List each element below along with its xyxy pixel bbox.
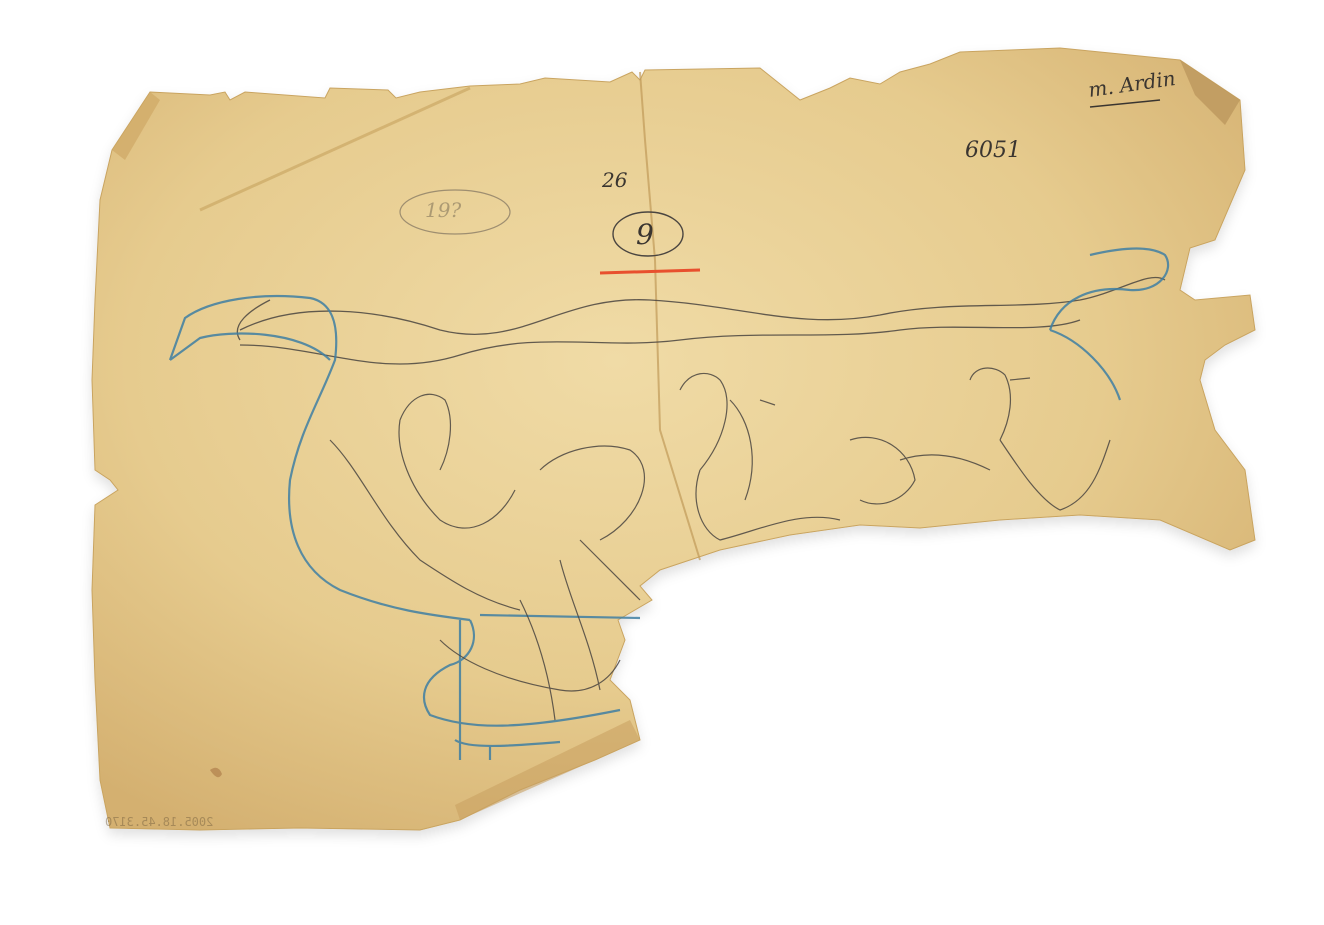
sheet-number-text: 26 bbox=[602, 168, 627, 192]
catalog-number-text: 6051 bbox=[965, 138, 1021, 163]
torn-paper bbox=[92, 48, 1255, 830]
paper-sheet-artwork bbox=[0, 0, 1324, 925]
reversed-accession-number: 2005.18.45.3170 bbox=[105, 815, 213, 829]
faint-circled-text: 19? bbox=[425, 198, 461, 222]
circled-number-text: 9 bbox=[636, 218, 654, 251]
